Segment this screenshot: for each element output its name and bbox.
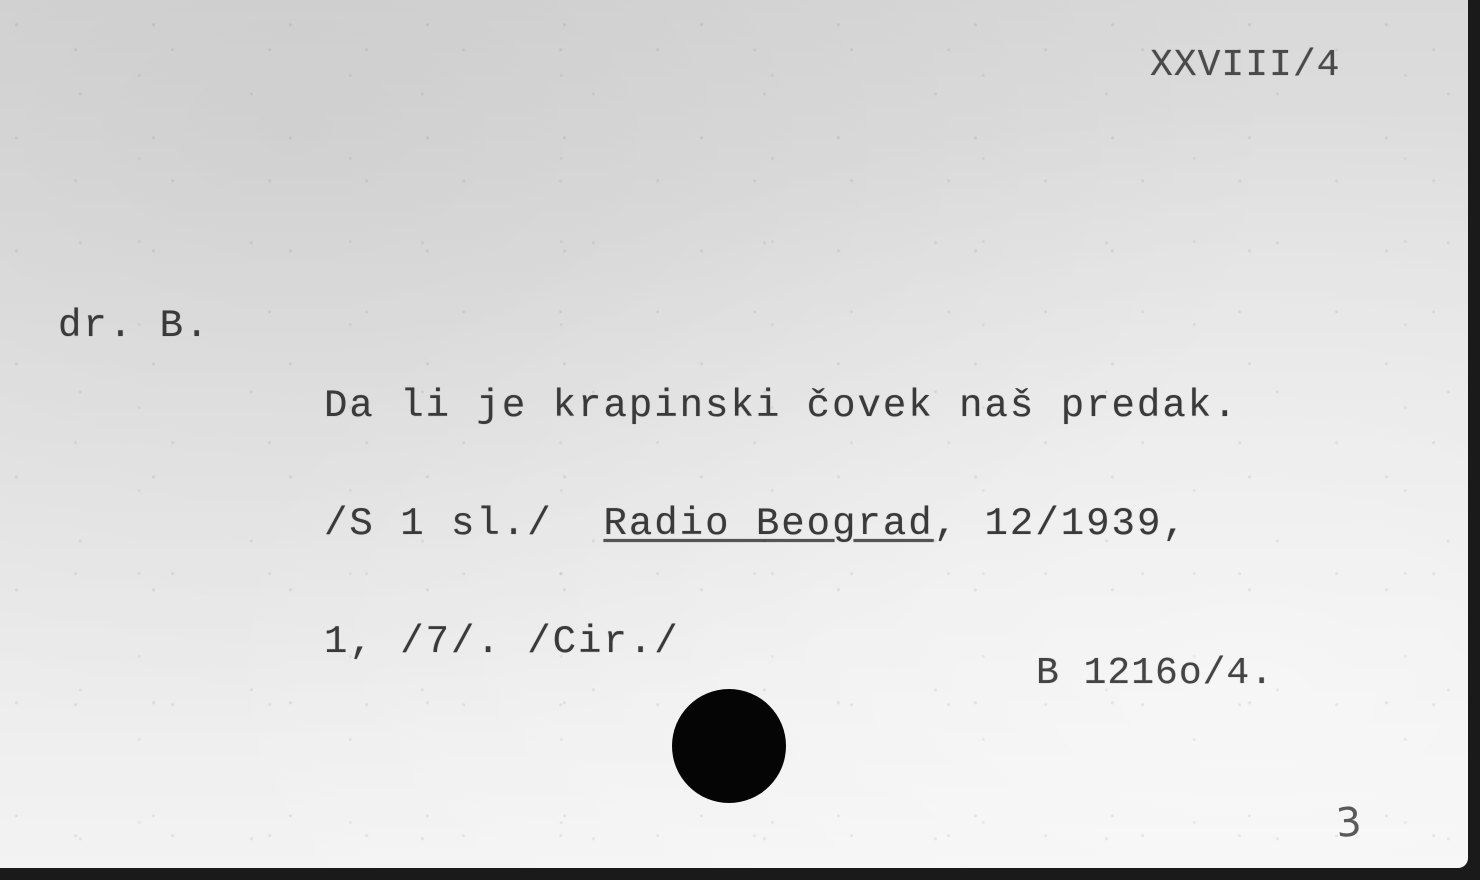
entry-pages: /7/. <box>400 620 502 664</box>
handwritten-page-number: 3 <box>1334 799 1363 847</box>
shelf-mark: B 1216o/4. <box>1036 654 1274 694</box>
call-number: XXVIII/4 <box>1150 46 1340 86</box>
author: dr. B. <box>58 306 210 346</box>
entry-source: Radio Beograd <box>603 502 933 546</box>
catalog-card: XXVIII/4 dr. B. Da li je krapinski čovek… <box>0 0 1468 868</box>
entry-script: /Cir./ <box>527 620 679 664</box>
entry-date: 12/1939, <box>985 502 1188 546</box>
punch-hole-icon <box>672 689 786 803</box>
entry-title: Da li je krapinski čovek naš predak. <box>324 386 1239 424</box>
entry-line-2: /S 1 sl./ Radio Beograd, 12/1939, <box>324 504 1239 542</box>
entry-illustrations: /S 1 sl./ <box>324 502 553 546</box>
entry-issue: 1, <box>324 620 375 664</box>
